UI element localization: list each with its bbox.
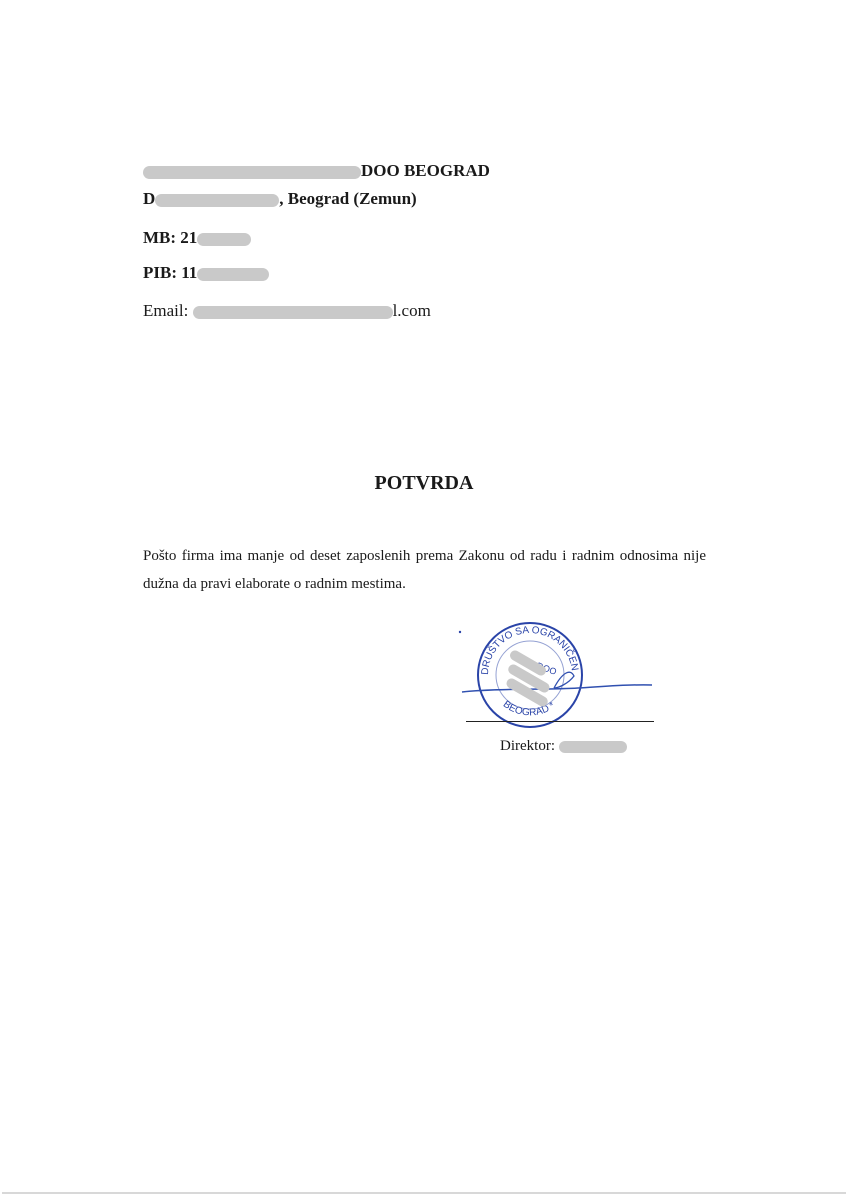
redaction-mb <box>197 233 251 246</box>
pib-label: PIB: <box>143 263 177 282</box>
stamp-text-bottom: BEOGRAD * <box>501 699 557 719</box>
director-role: Direktor: <box>500 738 555 754</box>
mb-label: MB: <box>143 228 176 247</box>
mb-line: MB: 21 <box>143 228 251 248</box>
document-body: Pošto firma ima manje od deset zaposleni… <box>143 542 706 598</box>
pib-value: 11 <box>181 263 197 282</box>
redaction-email <box>193 306 393 319</box>
email-line: Email: l.com <box>143 301 431 321</box>
address-suffix: , Beograd (Zemun) <box>279 189 416 208</box>
redaction-address <box>155 194 279 207</box>
document-title: POTVRDA <box>0 472 848 495</box>
director-label: Direktor: <box>500 738 627 755</box>
email-suffix: l.com <box>393 301 431 320</box>
company-name-suffix: DOO BEOGRAD <box>361 161 490 180</box>
signature-line <box>466 721 654 722</box>
company-stamp: DRUŠTVO SA OGRANIČENOM ODG BEOGRAD * DOO <box>458 618 658 728</box>
redaction-pib <box>197 268 269 281</box>
pib-line: PIB: 11 <box>143 263 269 283</box>
redaction-company-name <box>143 166 361 179</box>
mb-value: 21 <box>180 228 197 247</box>
stamp-text-top: DRUŠTVO SA OGRANIČENOM ODG <box>458 618 580 675</box>
company-address: D, Beograd (Zemun) <box>143 189 417 209</box>
company-name: DOO BEOGRAD <box>143 161 490 181</box>
address-prefix: D <box>143 189 155 208</box>
page-bottom-edge <box>2 1192 846 1194</box>
signature-stroke <box>462 685 652 692</box>
redaction-director-name <box>559 741 627 753</box>
email-label: Email: <box>143 301 188 320</box>
